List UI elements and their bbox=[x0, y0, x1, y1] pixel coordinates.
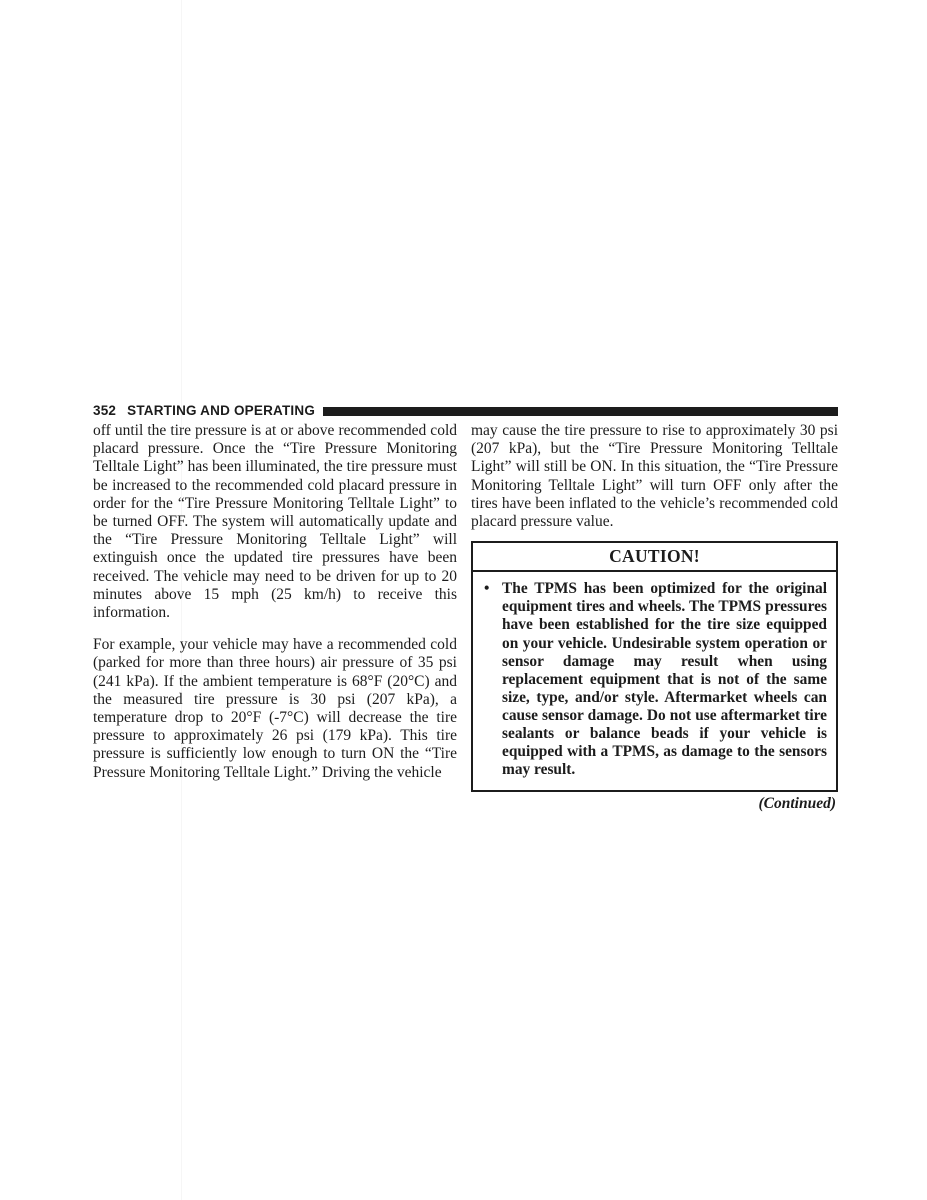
left-column: off until the tire pressure is at or abo… bbox=[93, 422, 457, 813]
caution-bullet-text: The TPMS has been optimized for the orig… bbox=[502, 580, 827, 779]
header-rule-bar bbox=[323, 407, 838, 416]
continued-label: (Continued) bbox=[471, 795, 838, 813]
bullet-icon: • bbox=[482, 580, 502, 779]
caution-bullet-item: • The TPMS has been optimized for the or… bbox=[482, 580, 827, 779]
right-column: may cause the tire pressure to rise to a… bbox=[471, 422, 838, 813]
caution-box: CAUTION! • The TPMS has been optimized f… bbox=[471, 541, 838, 792]
caution-body: • The TPMS has been optimized for the or… bbox=[473, 572, 836, 790]
body-paragraph: may cause the tire pressure to rise to a… bbox=[471, 422, 838, 531]
page-header: 352 STARTING AND OPERATING bbox=[93, 403, 838, 418]
caution-title: CAUTION! bbox=[473, 543, 836, 572]
body-paragraph: off until the tire pressure is at or abo… bbox=[93, 422, 457, 622]
section-title: STARTING AND OPERATING bbox=[127, 403, 315, 418]
body-paragraph: For example, your vehicle may have a rec… bbox=[93, 636, 457, 782]
page-number: 352 bbox=[93, 403, 116, 418]
manual-page: 352 STARTING AND OPERATING off until the… bbox=[0, 0, 927, 1200]
two-column-layout: off until the tire pressure is at or abo… bbox=[93, 422, 838, 813]
